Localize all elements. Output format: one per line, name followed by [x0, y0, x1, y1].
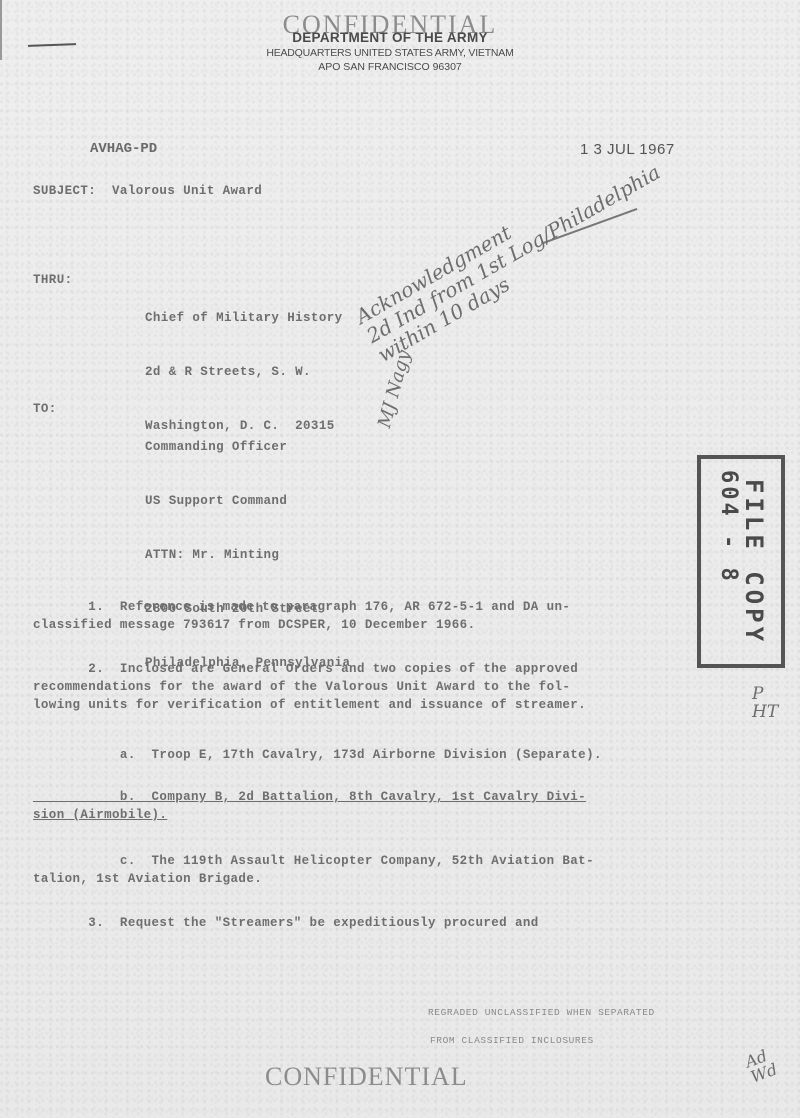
- paragraph-1: 1. Reference is made to paragraph 176, A…: [33, 598, 689, 634]
- scan-edge-line: [0, 0, 2, 60]
- paragraph-line: recommendations for the award of the Val…: [33, 678, 689, 696]
- paragraph-line: classified message 793617 from DCSPER, 1…: [33, 616, 689, 634]
- paragraph-line: 3. Request the "Streamers" be expeditiou…: [33, 914, 689, 932]
- to-line: US Support Command: [145, 492, 350, 510]
- headquarters-name: HEADQUARTERS UNITED STATES ARMY, VIETNAM: [230, 46, 550, 60]
- apo-address: APO SAN FRANCISCO 96307: [230, 60, 550, 74]
- paragraph-2c: c. The 119th Assault Helicopter Company,…: [33, 852, 689, 888]
- office-symbol: AVHAG-PD: [90, 141, 157, 157]
- paragraph-line: b. Company B, 2d Battalion, 8th Cavalry,…: [33, 788, 689, 806]
- paragraph-line: c. The 119th Assault Helicopter Company,…: [33, 852, 689, 870]
- stamp-text: FILE COPY 604 - 8: [715, 462, 767, 662]
- file-copy-stamp: FILE COPY 604 - 8: [697, 455, 785, 668]
- regrading-note-line-1: REGRADED UNCLASSIFIED WHEN SEPARATED: [428, 1007, 655, 1018]
- thru-line: Chief of Military History: [145, 309, 343, 327]
- letterhead: CONFIDENTIAL DEPARTMENT OF THE ARMY HEAD…: [230, 14, 550, 74]
- subject-line: SUBJECT: Valorous Unit Award: [33, 184, 262, 198]
- handwritten-initials: P HT: [752, 685, 778, 721]
- to-line: Commanding Officer: [145, 438, 350, 456]
- paragraph-2b: b. Company B, 2d Battalion, 8th Cavalry,…: [33, 788, 689, 824]
- to-line: ATTN: Mr. Minting: [145, 546, 350, 564]
- paragraph-line: a. Troop E, 17th Cavalry, 173d Airborne …: [33, 746, 689, 764]
- paragraph-line: lowing units for verification of entitle…: [33, 696, 689, 714]
- regrading-note-line-2: FROM CLASSIFIED INCLOSURES: [430, 1035, 594, 1046]
- paragraph-2: 2. Inclosed are General Orders and two c…: [33, 660, 689, 714]
- paragraph-line: 2. Inclosed are General Orders and two c…: [33, 660, 689, 678]
- classification-bottom: CONFIDENTIAL: [265, 1062, 468, 1092]
- document-page: [0, 0, 800, 1118]
- paragraph-line: sion (Airmobile).: [33, 806, 689, 824]
- stamp-title: FILE COPY: [741, 462, 767, 662]
- department-name: DEPARTMENT OF THE ARMY: [230, 30, 550, 46]
- paragraph-3: 3. Request the "Streamers" be expeditiou…: [33, 914, 689, 932]
- thru-line: 2d & R Streets, S. W.: [145, 363, 343, 381]
- to-address: Commanding Officer US Support Command AT…: [145, 402, 350, 690]
- to-label: TO:: [33, 402, 57, 416]
- stamp-number: 604 - 8: [715, 462, 741, 662]
- paragraph-line: 1. Reference is made to paragraph 176, A…: [33, 598, 689, 616]
- thru-label: THRU:: [33, 273, 73, 287]
- paragraph-line: talion, 1st Aviation Brigade.: [33, 870, 689, 888]
- paragraph-2a: a. Troop E, 17th Cavalry, 173d Airborne …: [33, 746, 689, 764]
